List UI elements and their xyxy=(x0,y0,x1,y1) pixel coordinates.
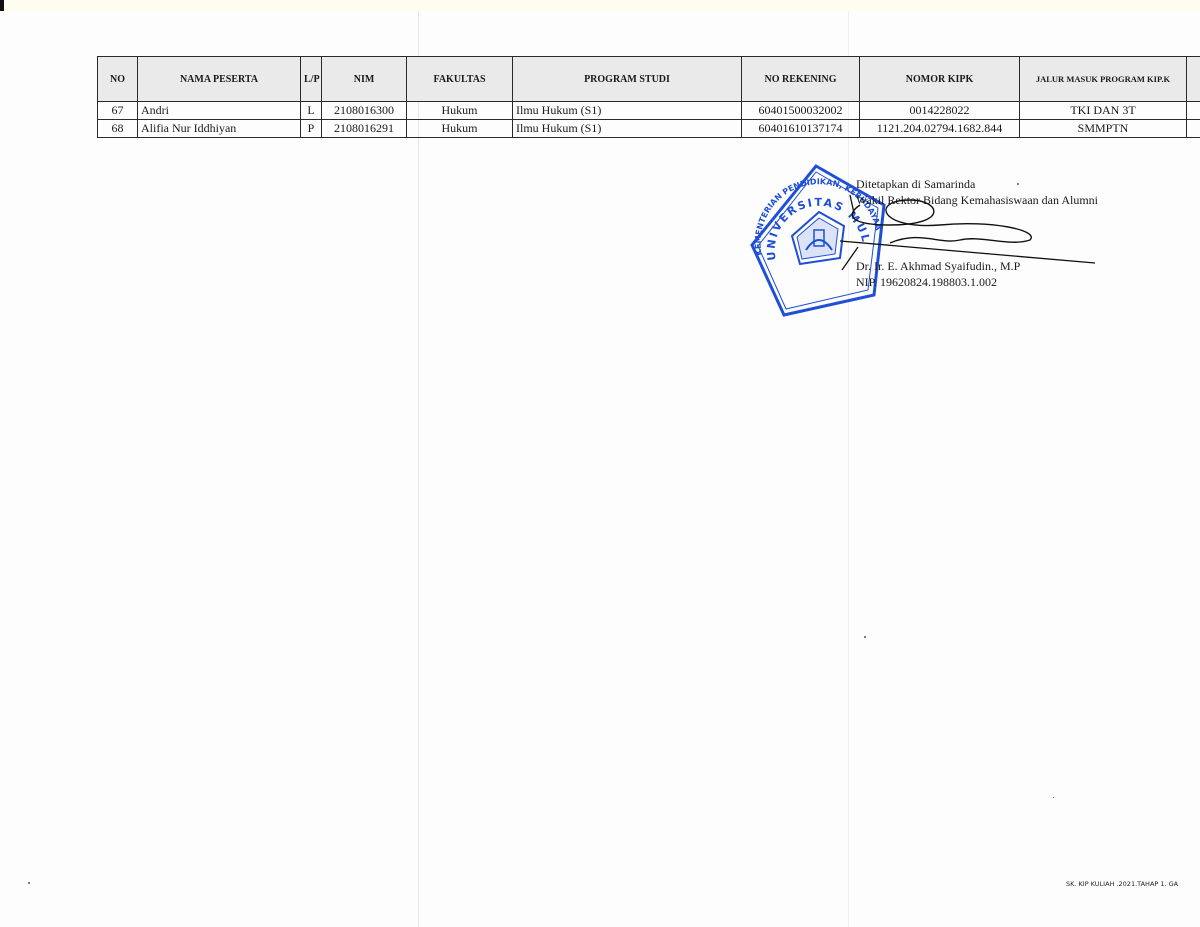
cell-program-studi: Ilmu Hukum (S1) xyxy=(513,102,742,120)
cell-fakultas: Hukum xyxy=(407,102,513,120)
cell-nim: 2108016291 xyxy=(322,120,407,138)
paper-fold-line xyxy=(848,11,849,927)
participants-table: NO NAMA PESERTA L/P NIM FAKULTAS PROGRAM… xyxy=(97,56,1200,138)
header-no-rekening: NO REKENING xyxy=(742,57,860,102)
cell-fakultas: Hukum xyxy=(407,120,513,138)
header-nim: NIM xyxy=(322,57,407,102)
paper-fold-line xyxy=(418,11,419,927)
header-program-studi: PROGRAM STUDI xyxy=(513,57,742,102)
cell-no-rekening: 60401610137174 xyxy=(742,120,860,138)
cell-jalur-masuk: TKI DAN 3T xyxy=(1020,102,1187,120)
scan-speck xyxy=(1017,183,1019,185)
header-lp: L/P xyxy=(301,57,322,102)
cell-no: 68 xyxy=(98,120,138,138)
header-no: NO xyxy=(98,57,138,102)
cell-nama: Alifia Nur Iddhiyan xyxy=(138,120,301,138)
cell-lp: L xyxy=(301,102,322,120)
cell-nomor-kipk: 0014228022 xyxy=(860,102,1020,120)
scan-speck xyxy=(864,636,866,638)
cell-nomor-kipk: 1121.204.02794.1682.844 xyxy=(860,120,1020,138)
header-nomor-kipk: NOMOR KIPK xyxy=(860,57,1020,102)
cell-no: 67 xyxy=(98,102,138,120)
signature-role: Wakil Rektor Bidang Kemahasiswaan dan Al… xyxy=(856,192,1098,208)
header-nama-peserta: NAMA PESERTA xyxy=(138,57,301,102)
document-footer-code: SK. KIP KULIAH .2021.TAHAP 1. GA xyxy=(1066,880,1178,888)
cell-no-rekening: 60401500032002 xyxy=(742,102,860,120)
table-header-row: NO NAMA PESERTA L/P NIM FAKULTAS PROGRAM… xyxy=(98,57,1200,102)
cell-lp: P xyxy=(301,120,322,138)
cell-extra xyxy=(1187,102,1200,120)
cell-jalur-masuk: SMMPTN xyxy=(1020,120,1187,138)
scan-speck xyxy=(28,882,30,884)
header-jalur-masuk: JALUR MASUK PROGRAM KIP.K xyxy=(1020,57,1187,102)
scan-corner-mark xyxy=(0,0,4,11)
header-extra xyxy=(1187,57,1200,102)
scan-top-edge xyxy=(0,0,1200,11)
table-row: 68 Alifia Nur Iddhiyan P 2108016291 Huku… xyxy=(98,120,1200,138)
cell-nama: Andri xyxy=(138,102,301,120)
cell-program-studi: Ilmu Hukum (S1) xyxy=(513,120,742,138)
cell-extra xyxy=(1187,120,1200,138)
signature-place: Ditetapkan di Samarinda xyxy=(856,176,975,192)
header-fakultas: FAKULTAS xyxy=(407,57,513,102)
signatory-nip: NIP. 19620824.198803.1.002 xyxy=(856,274,997,290)
scan-speck xyxy=(1053,797,1054,798)
cell-nim: 2108016300 xyxy=(322,102,407,120)
signatory-name: Dr. Ir. E. Akhmad Syaifudin., M.P xyxy=(856,258,1020,274)
table-row: 67 Andri L 2108016300 Hukum Ilmu Hukum (… xyxy=(98,102,1200,120)
